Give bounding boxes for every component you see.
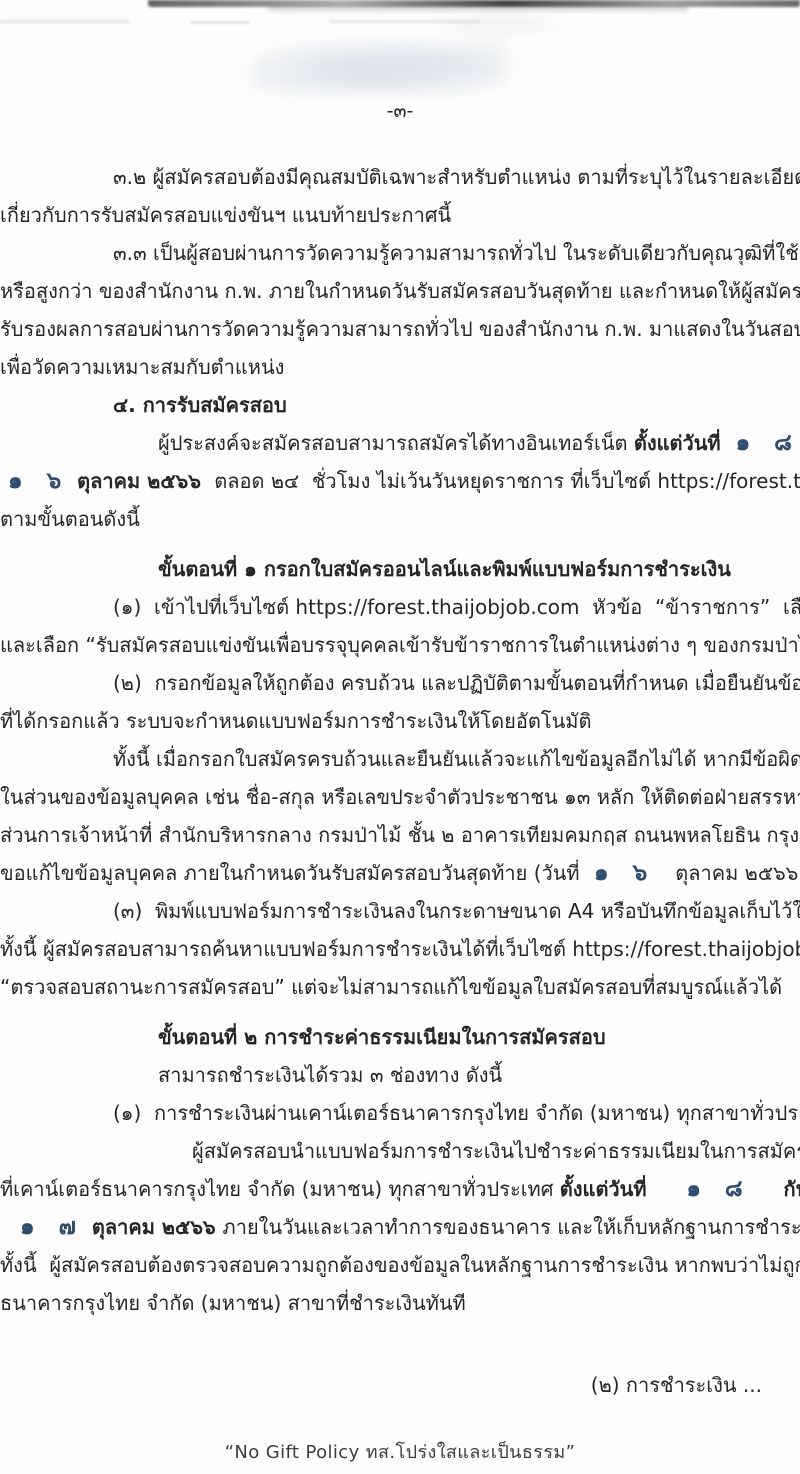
para-3-3-line-2: หรือสูงกว่า ของสำนักงาน ก.พ. ภายในกำหนดว… [0,272,800,310]
text-segment [752,1177,784,1201]
text-segment: -๓- [387,100,414,122]
stamped-date-value: ๑ ๖ [586,860,656,886]
step-2-intro: สามารถชำระเงินได้รวม ๓ ช่องทาง ดังนี้ [0,1056,800,1094]
text-segment: สามารถชำระเงินได้รวม ๓ ช่องทาง ดังนี้ [158,1063,502,1087]
text-segment: ทั้งนี้ ผู้สมัครสอบต้องตรวจสอบความถูกต้อ… [0,1253,800,1277]
section-4-intro-line-3: ตามขั้นตอนดังนี้ [0,500,800,538]
step-1-item-2-line-1: (๒) กรอกข้อมูลให้ถูกต้อง ครบถ้วน และปฏิบ… [0,664,800,702]
footer-motto: “No Gift Policy ทส.โปร่งใสและเป็นธรรม” [0,1432,800,1470]
para-3-2-line-1: ๓.๒ ผู้สมัครสอบต้องมีคุณสมบัติเฉพาะสำหรั… [0,158,800,196]
text-segment: ที่เคาน์เตอร์ธนาคารกรุงไทย จำกัด (มหาชน)… [0,1177,560,1201]
step-2-item-1-line-4: ๑ ๗ ตุลาคม ๒๕๖๖ ภายในวันและเวลาทำการของธ… [0,1208,800,1246]
stamped-date-value: ๑ ๖ [0,468,70,494]
stamped-date-value: ๑ ๘ [678,1176,751,1202]
step-1-item-3-line-2: ทั้งนี้ ผู้สมัครสอบสามารถค้นหาแบบฟอร์มกา… [0,930,800,968]
step-1-note-line-3: ส่วนการเจ้าหน้าที่ สำนักบริหารกลาง กรมป่… [0,816,800,854]
text-segment: ที่ได้กรอกแล้ว ระบบจะกำหนดแบบฟอร์มการชำร… [0,709,591,733]
section-4-heading: ๔. การรับสมัครสอบ [0,386,800,424]
step-1-item-2-line-2: ที่ได้กรอกแล้ว ระบบจะกำหนดแบบฟอร์มการชำร… [0,702,800,740]
step-1-item-1-line-2: และเลือก “รับสมัครสอบแข่งขันเพื่อบรรจุบุ… [0,626,800,664]
text-segment: หรือสูงกว่า ของสำนักงาน ก.พ. ภายในกำหนดว… [0,279,800,303]
text-segment: ๓.๓ เป็นผู้สอบผ่านการวัดความรู้ความสามาร… [113,241,800,265]
text-segment: ขอแก้ไขข้อมูลบุคคล ภายในกำหนดวันรับสมัคร… [0,861,586,885]
text-segment: ตุลาคม ๒๕๖๖) [656,861,800,885]
step-1-item-3-line-1: (๓) พิมพ์แบบฟอร์มการชำระเงินลงในกระดาษขน… [0,892,800,930]
text-segment: (๑) การชำระเงินผ่านเคาน์เตอร์ธนาคารกรุงไ… [113,1101,800,1125]
step-1-item-1-line-1: (๑) เข้าไปที่เว็บไซต์ https://forest.tha… [0,588,800,626]
step-2-item-1-line-6: ธนาคารกรุงไทย จำกัด (มหาชน) สาขาที่ชำระเ… [0,1284,800,1322]
step-1-note-line-4: ขอแก้ไขข้อมูลบุคคล ภายในกำหนดวันรับสมัคร… [0,854,800,892]
text-segment: และเลือก “รับสมัครสอบแข่งขันเพื่อบรรจุบุ… [0,633,800,657]
step-1-note-line-1: ทั้งนี้ เมื่อกรอกใบสมัครครบถ้วนและยืนยัน… [0,740,800,778]
text-segment: (๒) การชำระเงิน ... [591,1373,762,1397]
stamped-date-value: ๑ ๗ [12,1214,85,1240]
text-segment: ตลอด ๒๔ ชั่วโมง ไม่เว้นวันหยุดราชการ ที่… [208,469,800,493]
text-segment: ตั้งแต่วันที่ [634,431,728,455]
continuation-marker: (๒) การชำระเงิน ... [0,1366,800,1404]
document-body: -๓-๓.๒ ผู้สมัครสอบต้องมีคุณสมบัติเฉพาะสำ… [0,0,800,1470]
text-segment: ผู้สมัครสอบนำแบบฟอร์มการชำระเงินไปชำระค่… [192,1139,800,1163]
step-2-item-1-line-5: ทั้งนี้ ผู้สมัครสอบต้องตรวจสอบความถูกต้อ… [0,1246,800,1284]
section-4-intro-line-1: ผู้ประสงค์จะสมัครสอบสามารถสมัครได้ทางอิน… [0,424,800,462]
text-segment: ๓.๒ ผู้สมัครสอบต้องมีคุณสมบัติเฉพาะสำหรั… [113,165,800,189]
document-page: -๓-๓.๒ ผู้สมัครสอบต้องมีคุณสมบัติเฉพาะสำ… [0,0,800,1474]
text-segment: (๑) เข้าไปที่เว็บไซต์ https://forest.tha… [113,595,800,619]
text-segment: ตั้งแต่วันที่ [560,1177,647,1201]
para-3-2-line-2: เกี่ยวกับการรับสมัครสอบแข่งขันฯ แนบท้ายป… [0,196,800,234]
step-1-heading: ขั้นตอนที่ ๑ กรอกใบสมัครออนไลน์และพิมพ์แ… [0,550,800,588]
stamped-date-value: ๑ ๘ [728,430,800,456]
text-segment: เพื่อวัดความเหมาะสมกับตำแหน่ง [0,355,284,379]
text-segment: เกี่ยวกับการรับสมัครสอบแข่งขันฯ แนบท้ายป… [0,203,451,227]
step-2-item-1-line-2: ผู้สมัครสอบนำแบบฟอร์มการชำระเงินไปชำระค่… [0,1132,800,1170]
para-3-3-line-1: ๓.๓ เป็นผู้สอบผ่านการวัดความรู้ความสามาร… [0,234,800,272]
page-number: -๓- [0,92,800,130]
para-3-3-line-4: เพื่อวัดความเหมาะสมกับตำแหน่ง [0,348,800,386]
step-2-heading: ขั้นตอนที่ ๒ การชำระค่าธรรมเนียมในการสมั… [0,1018,800,1056]
text-segment: กันยายน – [783,1177,800,1201]
step-2-item-1-line-3: ที่เคาน์เตอร์ธนาคารกรุงไทย จำกัด (มหาชน)… [0,1170,800,1208]
text-segment: ทั้งนี้ ผู้สมัครสอบสามารถค้นหาแบบฟอร์มกา… [0,937,800,961]
text-segment: ในส่วนของข้อมูลบุคคล เช่น ชื่อ-สกุล หรือ… [0,785,800,809]
text-segment: ตุลาคม ๒๕๖๖ [70,469,208,493]
text-segment: “ตรวจสอบสถานะการสมัครสอบ” แต่จะไม่สามารถ… [0,975,782,999]
text-segment: ธนาคารกรุงไทย จำกัด (มหาชน) สาขาที่ชำระเ… [0,1291,466,1315]
section-4-intro-line-2: ๑ ๖ ตุลาคม ๒๕๖๖ ตลอด ๒๔ ชั่วโมง ไม่เว้นว… [0,462,800,500]
text-segment: ขั้นตอนที่ ๑ กรอกใบสมัครออนไลน์และพิมพ์แ… [158,557,731,581]
text-segment: (๓) พิมพ์แบบฟอร์มการชำระเงินลงในกระดาษขน… [113,899,800,923]
step-1-item-3-line-3: “ตรวจสอบสถานะการสมัครสอบ” แต่จะไม่สามารถ… [0,968,800,1006]
text-segment: ผู้ประสงค์จะสมัครสอบสามารถสมัครได้ทางอิน… [158,431,634,455]
text-segment: รับรองผลการสอบผ่านการวัดความรู้ความสามาร… [0,317,800,341]
text-segment: ทั้งนี้ เมื่อกรอกใบสมัครครบถ้วนและยืนยัน… [113,747,800,771]
text-segment: ส่วนการเจ้าหน้าที่ สำนักบริหารกลาง กรมป่… [0,823,800,847]
text-segment: (๒) กรอกข้อมูลให้ถูกต้อง ครบถ้วน และปฏิบ… [113,671,800,695]
text-segment [647,1177,679,1201]
step-2-item-1-line-1: (๑) การชำระเงินผ่านเคาน์เตอร์ธนาคารกรุงไ… [0,1094,800,1132]
text-segment: ตุลาคม ๒๕๖๖ [85,1215,223,1239]
para-3-3-line-3: รับรองผลการสอบผ่านการวัดความรู้ความสามาร… [0,310,800,348]
text-segment: ภายในวันและเวลาทำการของธนาคาร และให้เก็บ… [223,1215,800,1239]
step-1-note-line-2: ในส่วนของข้อมูลบุคคล เช่น ชื่อ-สกุล หรือ… [0,778,800,816]
text-segment: “No Gift Policy ทส.โปร่งใสและเป็นธรรม” [225,1442,576,1463]
text-segment: ขั้นตอนที่ ๒ การชำระค่าธรรมเนียมในการสมั… [158,1025,606,1049]
text-segment: ๔. การรับสมัครสอบ [113,393,287,417]
text-segment: ตามขั้นตอนดังนี้ [0,507,140,531]
